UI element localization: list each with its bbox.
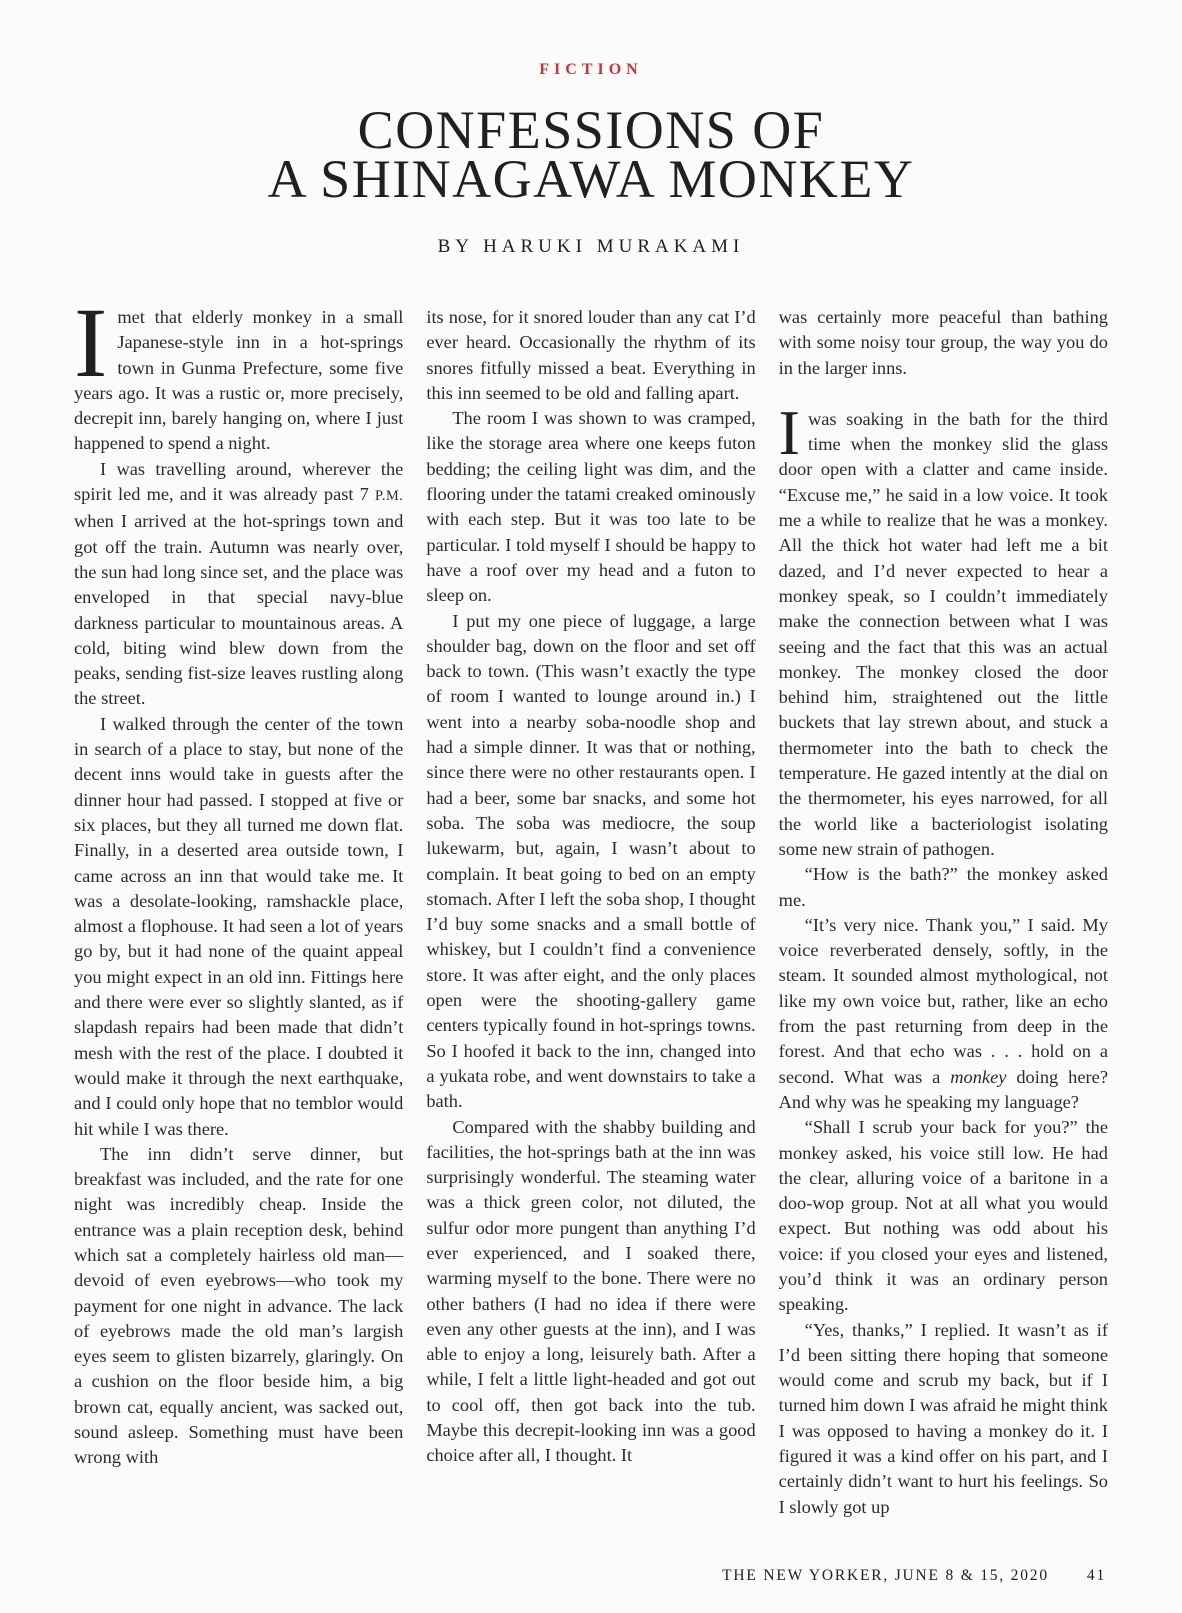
- paragraph: its nose, for it snored louder than any …: [426, 305, 755, 406]
- section-label: FICTION: [0, 0, 1182, 78]
- paragraph: was certainly more peaceful than bathing…: [779, 305, 1108, 381]
- paragraph: Iwas soaking in the bath for the third t…: [779, 407, 1108, 862]
- text-column-1: Imet that elderly monkey in a small Japa…: [74, 305, 403, 1520]
- paragraph: I was travelling around, wherever the sp…: [74, 457, 403, 712]
- drop-cap: I: [779, 411, 800, 455]
- title-line-2: A SHINAGAWA MONKEY: [40, 155, 1142, 204]
- page-footer: THE NEW YORKER, JUNE 8 & 15, 2020 41: [722, 1567, 1106, 1585]
- text-column-2: its nose, for it snored louder than any …: [426, 305, 755, 1520]
- byline: BY HARUKI MURAKAMI: [0, 237, 1182, 257]
- paragraph: The room I was shown to was cramped, lik…: [426, 406, 755, 608]
- paragraph: I walked through the center of the town …: [74, 712, 403, 1142]
- paragraph: The inn didn’t serve dinner, but breakfa…: [74, 1142, 403, 1471]
- article-title: CONFESSIONS OF A SHINAGAWA MONKEY: [40, 106, 1142, 204]
- title-line-1: CONFESSIONS OF: [40, 106, 1142, 155]
- text-column-3: was certainly more peaceful than bathing…: [779, 305, 1108, 1520]
- magazine-credit: THE NEW YORKER, JUNE 8 & 15, 2020: [722, 1567, 1049, 1585]
- paragraph: “Shall I scrub your back for you?” the m…: [779, 1115, 1108, 1317]
- page-number: 41: [1087, 1567, 1106, 1585]
- paragraph: Imet that elderly monkey in a small Japa…: [74, 305, 403, 457]
- paragraph: “Yes, thanks,” I replied. It wasn’t as i…: [779, 1318, 1108, 1520]
- article-header: FICTION CONFESSIONS OF A SHINAGAWA MONKE…: [0, 0, 1182, 257]
- paragraph: “How is the bath?” the monkey asked me.: [779, 862, 1108, 913]
- paragraph: “It’s very nice. Thank you,” I said. My …: [779, 913, 1108, 1115]
- article-body: Imet that elderly monkey in a small Japa…: [74, 305, 1108, 1520]
- paragraph: Compared with the shabby building and fa…: [426, 1115, 755, 1469]
- drop-cap: I: [74, 308, 107, 378]
- paragraph: I put my one piece of luggage, a large s…: [426, 609, 755, 1115]
- magazine-page: FICTION CONFESSIONS OF A SHINAGAWA MONKE…: [0, 0, 1182, 1613]
